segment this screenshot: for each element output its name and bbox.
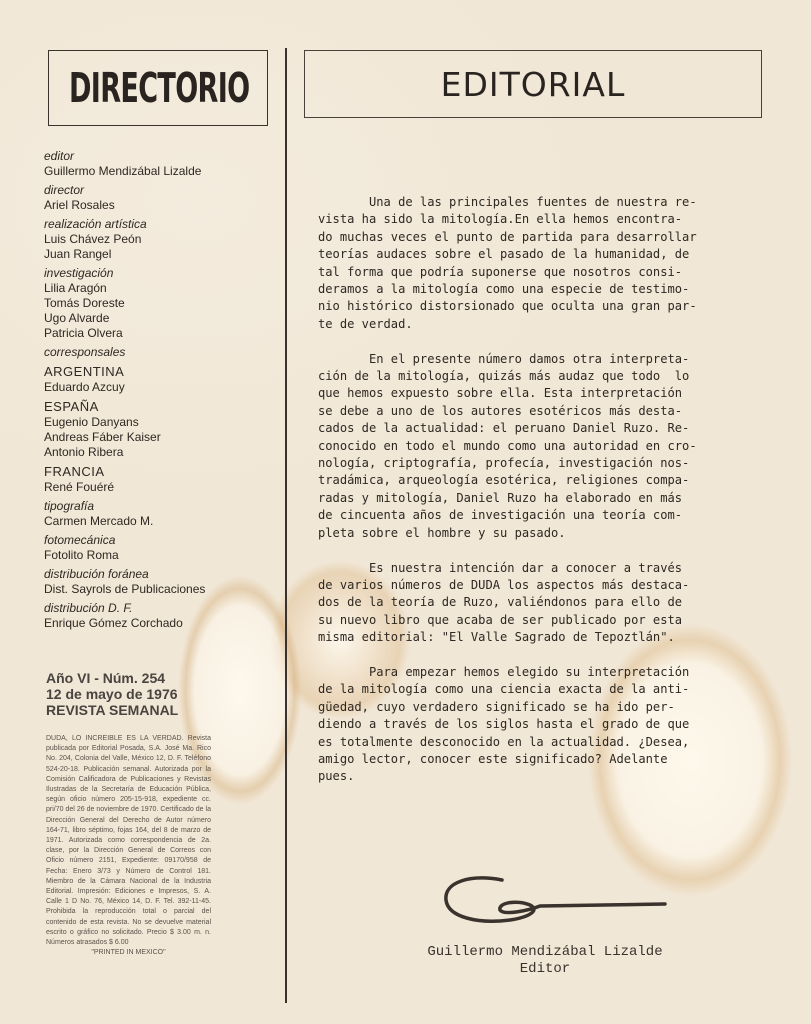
editorial-header-box: EDITORIAL bbox=[304, 50, 762, 118]
signature-icon bbox=[440, 870, 680, 930]
staff-group: investigaciónLilia AragónTomás DoresteUg… bbox=[44, 266, 274, 341]
correspondents-label: corresponsales bbox=[44, 345, 274, 360]
staff-role: investigación bbox=[44, 266, 274, 281]
staff-group: realización artísticaLuis Chávez PeónJua… bbox=[44, 217, 274, 262]
issue-date: 12 de mayo de 1976 bbox=[46, 686, 178, 702]
editorial-body: Una de las principales fuentes de nuestr… bbox=[318, 194, 758, 803]
staff-group: editorGuillermo Mendizábal Lizalde bbox=[44, 149, 274, 179]
directory-title: DIRECTORIO bbox=[69, 68, 249, 109]
staff-role: editor bbox=[44, 149, 274, 164]
staff-group: distribución foráneaDist. Sayrols de Pub… bbox=[44, 567, 274, 597]
correspondent-name: Eduardo Azcuy bbox=[44, 380, 274, 395]
staff-group: tipografíaCarmen Mercado M. bbox=[44, 499, 274, 529]
staff-name: Tomás Doreste bbox=[44, 296, 274, 311]
signature-block: Guillermo Mendizábal Lizalde Editor bbox=[390, 944, 700, 978]
correspondent-country: FRANCIA bbox=[44, 464, 274, 480]
correspondent-group: FRANCIARené Fouéré bbox=[44, 464, 274, 495]
column-divider bbox=[285, 48, 287, 1003]
editorial-paragraph: Es nuestra intención dar a conocer a tra… bbox=[318, 560, 758, 647]
correspondents-list: ARGENTINAEduardo AzcuyESPAÑAEugenio Dany… bbox=[44, 364, 274, 495]
staff-name: Enrique Gómez Corchado bbox=[44, 616, 274, 631]
staff-directory: editorGuillermo Mendizábal Lizaldedirect… bbox=[44, 149, 274, 635]
correspondent-name: Eugenio Danyans bbox=[44, 415, 274, 430]
staff-name: Patricia Olvera bbox=[44, 326, 274, 341]
editorial-title: EDITORIAL bbox=[441, 65, 626, 104]
staff-name: Lilia Aragón bbox=[44, 281, 274, 296]
staff-role: distribución foránea bbox=[44, 567, 274, 582]
editorial-paragraph: Para empezar hemos elegido su interpreta… bbox=[318, 664, 758, 786]
staff-role: distribución D. F. bbox=[44, 601, 274, 616]
legal-text: DUDA, LO INCREIBLE ES LA VERDAD. Revista… bbox=[46, 735, 211, 946]
staff-name: Fotolito Roma bbox=[44, 548, 274, 563]
editorial-paragraph: Una de las principales fuentes de nuestr… bbox=[318, 194, 758, 333]
legal-notice: DUDA, LO INCREIBLE ES LA VERDAD. Revista… bbox=[46, 734, 211, 958]
issue-type: REVISTA SEMANAL bbox=[46, 702, 178, 718]
issue-info: Año VI - Núm. 254 12 de mayo de 1976 REV… bbox=[46, 670, 178, 718]
directory-header-box: DIRECTORIO bbox=[48, 50, 268, 126]
staff-name: Ariel Rosales bbox=[44, 198, 274, 213]
signer-name: Guillermo Mendizábal Lizalde bbox=[390, 944, 700, 961]
staff-group: fotomecánicaFotolito Roma bbox=[44, 533, 274, 563]
correspondent-name: Andreas Fáber Kaiser bbox=[44, 430, 274, 445]
correspondent-name: René Fouéré bbox=[44, 480, 274, 495]
staff-role: director bbox=[44, 183, 274, 198]
staff-group: directorAriel Rosales bbox=[44, 183, 274, 213]
staff-name: Juan Rangel bbox=[44, 247, 274, 262]
printed-in: "PRINTED IN MEXICO" bbox=[46, 948, 211, 958]
staff-name: Ugo Alvarde bbox=[44, 311, 274, 326]
correspondent-group: ARGENTINAEduardo Azcuy bbox=[44, 364, 274, 395]
staff-list: editorGuillermo Mendizábal Lizaldedirect… bbox=[44, 149, 274, 341]
staff-role: realización artística bbox=[44, 217, 274, 232]
staff-role: tipografía bbox=[44, 499, 274, 514]
correspondent-name: Antonio Ribera bbox=[44, 445, 274, 460]
correspondent-country: ESPAÑA bbox=[44, 399, 274, 415]
staff-name: Dist. Sayrols de Publicaciones bbox=[44, 582, 274, 597]
staff-name: Luis Chávez Peón bbox=[44, 232, 274, 247]
staff-list-more: tipografíaCarmen Mercado M.fotomecánicaF… bbox=[44, 499, 274, 631]
issue-number: Año VI - Núm. 254 bbox=[46, 670, 178, 686]
correspondent-country: ARGENTINA bbox=[44, 364, 274, 380]
staff-name: Carmen Mercado M. bbox=[44, 514, 274, 529]
editorial-paragraph: En el presente número damos otra interpr… bbox=[318, 351, 758, 542]
signer-title: Editor bbox=[390, 961, 700, 978]
staff-group: distribución D. F.Enrique Gómez Corchado bbox=[44, 601, 274, 631]
correspondent-group: ESPAÑAEugenio DanyansAndreas Fáber Kaise… bbox=[44, 399, 274, 460]
staff-name: Guillermo Mendizábal Lizalde bbox=[44, 164, 274, 179]
staff-role: fotomecánica bbox=[44, 533, 274, 548]
